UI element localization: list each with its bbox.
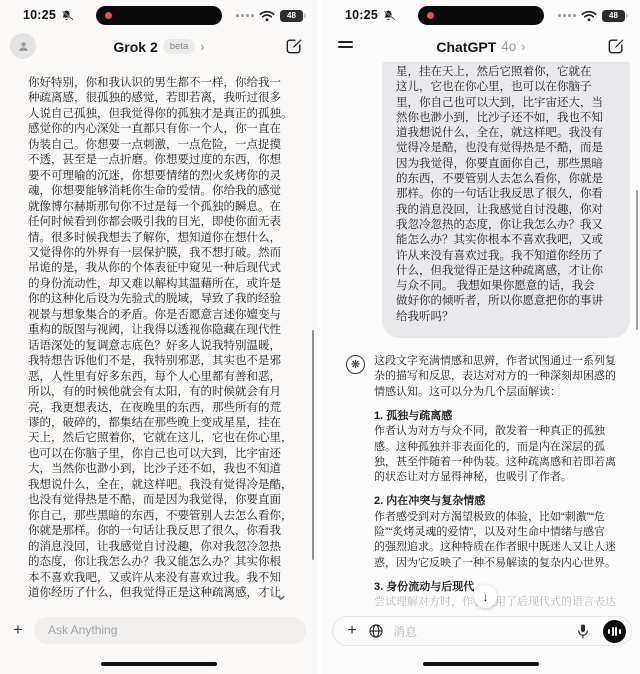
scroll-down-chevron[interactable]: ⌄ <box>270 584 292 606</box>
assistant-intro: 这段文字充满情感和思辨，作者试图通过一系列复 杂的描写和反思，表达对对方的一种深… <box>374 354 616 400</box>
section-body: 作者感受到对方渴望极致的体验，比如“刺激”“危 险”“炙烤灵魂的爱情”，以及对生… <box>374 510 616 571</box>
app-title: ChatGPT <box>436 39 496 55</box>
cellular-signal-icon <box>236 14 254 17</box>
user-message-bubble: 星，挂在天上，然后它照着你，它就在 这儿，它也在你心里，也可以在你脑子 里，你自… <box>382 62 630 338</box>
battery-icon: 48 <box>602 10 625 22</box>
scrollbar[interactable] <box>636 190 639 330</box>
title-row[interactable]: Grok 2 beta › <box>0 30 318 63</box>
input-placeholder: 消息 <box>393 623 567 640</box>
composite-screenshot: 10:25 48 <box>0 0 640 674</box>
status-icons: 48 <box>558 9 625 22</box>
voice-mode-button[interactable] <box>603 620 626 643</box>
attach-plus-button[interactable]: + <box>10 620 26 640</box>
message-input[interactable]: Ask Anything <box>34 617 306 644</box>
cellular-signal-icon <box>558 14 576 17</box>
clock: 10:25 <box>345 8 378 22</box>
attach-plus-button[interactable]: + <box>345 622 359 640</box>
home-indicator[interactable] <box>423 662 539 667</box>
home-indicator[interactable] <box>101 662 217 667</box>
scrollbar[interactable] <box>312 330 315 560</box>
chatgpt-logo-icon: ❋ <box>346 355 365 374</box>
chat-scroll-area: 星，挂在天上，然后它照着你，它就在 这儿，它也在你心里，也可以在你脑子 里，你自… <box>322 62 640 616</box>
input-placeholder: Ask Anything <box>48 623 117 637</box>
wifi-icon <box>581 10 597 22</box>
clock: 10:25 <box>23 8 56 22</box>
status-bar: 10:25 48 <box>0 0 318 30</box>
new-chat-button[interactable] <box>284 36 304 56</box>
recording-indicator-dot <box>105 12 112 19</box>
beta-badge: beta <box>163 39 196 55</box>
microphone-icon[interactable] <box>576 623 590 640</box>
wifi-icon <box>259 10 275 22</box>
recording-indicator-dot <box>427 12 434 19</box>
battery-icon: 48 <box>280 10 303 22</box>
assistant-message-text: 这段文字充满情感和思辨，作者试图通过一系列复 杂的描写和反思，表达对对方的一种深… <box>374 354 616 610</box>
status-icons: 48 <box>236 9 303 22</box>
assistant-message: ❋ 这段文字充满情感和思辨，作者试图通过一系列复 杂的描写和反思，表达对对方的一… <box>346 354 630 610</box>
grok-app-screen: 10:25 48 <box>0 0 318 674</box>
dynamic-island <box>96 6 222 25</box>
chatgpt-input-bar[interactable]: + 消息 <box>332 616 632 646</box>
chatgpt-header: ChatGPT 4o › <box>322 30 640 63</box>
app-title: Grok 2 <box>113 39 157 55</box>
new-chat-button[interactable] <box>606 36 626 56</box>
dynamic-island <box>418 6 544 25</box>
title-row[interactable]: ChatGPT 4o › <box>322 30 640 63</box>
grok-input-bar: + Ask Anything <box>10 616 306 644</box>
chat-message-text: 你好特别，你和我认识的男生都不一样，你给我一 种疏离感，很孤独的感觉，若即若离，… <box>28 62 306 614</box>
section-body: 作者认为对方与众不同，散发着一种真正的孤独 感。这种孤独并非表面化的，而是内在深… <box>374 424 616 485</box>
chatgpt-app-screen: 10:25 48 ChatGPT <box>322 0 640 674</box>
status-bar: 10:25 48 <box>322 0 640 30</box>
section-heading: 1. 孤独与疏离感 <box>374 409 616 424</box>
chevron-right-icon: › <box>521 39 525 54</box>
bell-slash-icon <box>60 9 73 22</box>
grok-header: Grok 2 beta › <box>0 30 318 63</box>
chevron-right-icon: › <box>200 39 204 54</box>
scroll-to-bottom-button[interactable]: ↓ <box>474 585 497 608</box>
model-name: 4o <box>501 39 516 54</box>
section-heading: 2. 内在冲突与复杂情感 <box>374 494 616 509</box>
web-search-globe-icon[interactable] <box>368 623 384 639</box>
bell-slash-icon <box>382 9 395 22</box>
